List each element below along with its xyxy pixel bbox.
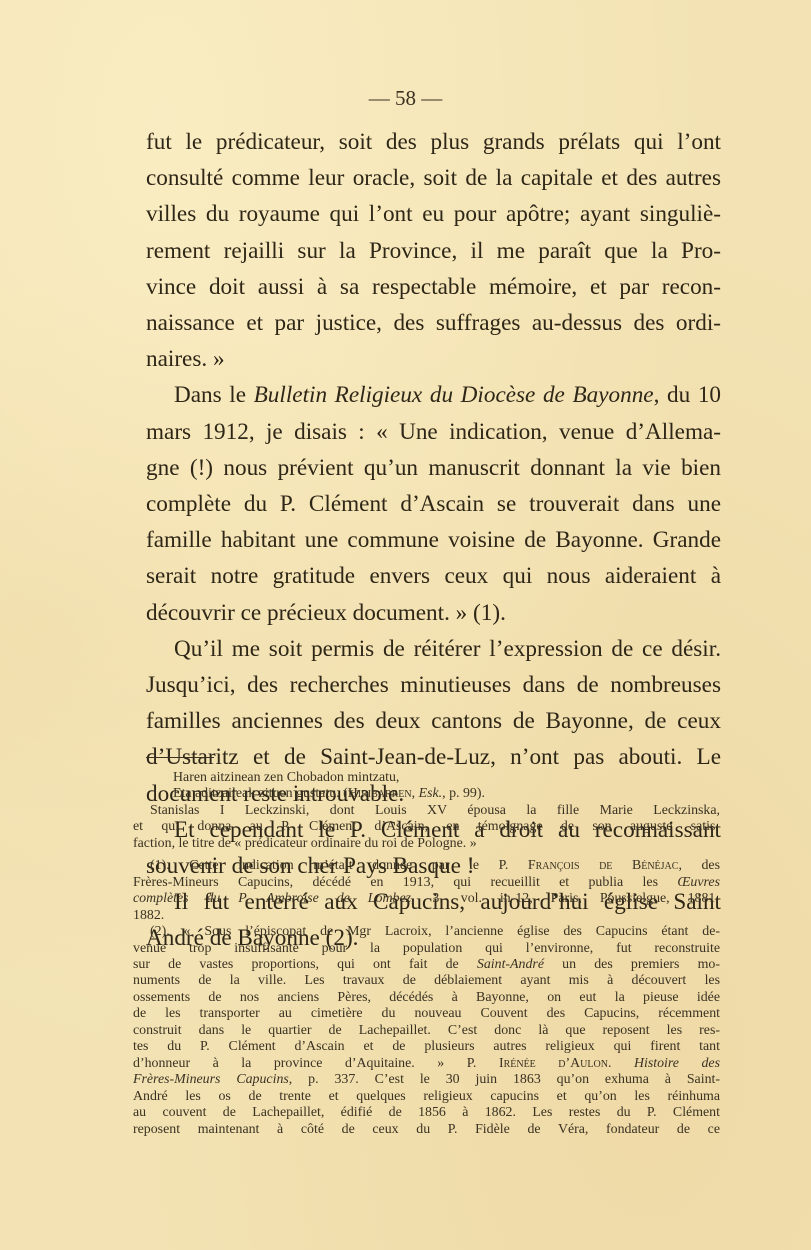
text-line: complète du P. Clément d’Ascain se trouv…	[146, 486, 721, 522]
text-line: mars 1912, je disais : « Une indication,…	[146, 414, 721, 450]
text-line: familles anciennes des deux cantons de B…	[146, 703, 721, 739]
text-run: , p. 337. C’est le 30 juin 1863 qu’on ex…	[289, 1072, 720, 1087]
footnote-2-line: venue trop insuffisante pour la populati…	[133, 941, 720, 957]
text-line: Qu’il me soit permis de réitérer l’expre…	[146, 631, 721, 667]
footnote-2-line: Frères-Mineurs Capucins, p. 337. C’est l…	[133, 1072, 720, 1088]
footnote-2-line: construit dans le quartier de Lachepaill…	[133, 1023, 720, 1039]
text-line: naissance et par justice, des suffrages …	[146, 305, 721, 341]
footnote-line: et qui donna au P. Clément d’Ascain, en …	[133, 819, 720, 835]
footnote-2-line: de les transporter au cimetière du nouve…	[133, 1006, 720, 1022]
footnote-2-line: André les os de trente et quelques relig…	[133, 1089, 720, 1105]
text-run: , 3. vol. in-12, Paris, Poussielgue, 188…	[411, 891, 720, 906]
footnote-line: Stanislas I Leckzinski, dont Louis XV ép…	[133, 803, 720, 819]
text-line: vince doit aussi à sa respectable mémoir…	[146, 269, 721, 305]
footnote-1-line: (1). Cette indication m’était donnée par…	[133, 858, 720, 874]
text-line: serait notre gratitude envers ceux qui n…	[146, 558, 721, 594]
text-run: Frères-Mineurs Capucins, décédé en 1913,…	[133, 875, 677, 890]
bulletin-title: Bulletin Religieux du Diocèse de Bayonne	[254, 382, 654, 408]
text-run: , p. 99).	[442, 786, 485, 801]
text-line: consulté comme leur oracle, soit de la c…	[146, 160, 721, 196]
text-run: ,	[412, 786, 419, 801]
footnotes: Haren aitzinean zen Chobadon mintzatu, E…	[133, 770, 720, 1138]
source-title: Esk.	[419, 786, 443, 801]
footnote-2-line: au couvent de Lachepaillet, édifié de 18…	[133, 1105, 720, 1121]
text-line: découvrir ce précieux document. » (1).	[146, 595, 721, 631]
book-title: Histoire des	[634, 1056, 720, 1071]
footnote-1-line: complètes du P. Ambroise de Lombez, 3. v…	[133, 891, 720, 907]
text-line: rement rejailli sur la Province, il me p…	[146, 233, 721, 269]
text-line: Jusqu’ici, des recherches minutieuses da…	[146, 667, 721, 703]
text-run: un des premiers mo-	[544, 957, 720, 972]
text-line: naires. »	[146, 341, 721, 377]
page-number: — 58 —	[0, 86, 811, 111]
footnote-2-line: ossements de nos anciens Pères, décédés …	[133, 990, 720, 1006]
text-line: famille habitant une commune voisine de …	[146, 522, 721, 558]
footnote-1-line: 1882.	[133, 908, 720, 924]
text-line: Dans le Bulletin Religieux du Diocèse de…	[146, 377, 721, 413]
text-run: (1). Cette indication m’était donnée par…	[150, 858, 528, 873]
paragraph-continuation: fut le prédicateur, soit des plus grands…	[146, 124, 721, 377]
footnote-2-line: numents de la ville. Les travaux de débl…	[133, 973, 720, 989]
text-line: gne (!) nous prévient qu’un manuscrit do…	[146, 450, 721, 486]
footnote-line: faction, le titre de « prédicateur ordin…	[133, 836, 720, 852]
footnote-2-line: d’honneur à la province d’Aquitaine. » P…	[133, 1056, 720, 1072]
church-name: Saint-André	[477, 957, 544, 972]
text-run: .	[608, 1056, 634, 1071]
text-run: , du 10	[654, 382, 721, 408]
text-run: Eta aditzaileak zituen gustatu. (	[173, 786, 348, 801]
book-title: Frères-Mineurs Capucins	[133, 1072, 289, 1087]
text-run: d’honneur à la province d’Aquitaine. » P…	[133, 1056, 499, 1071]
text-run: , des	[678, 858, 720, 873]
footnote-2-line: reposent maintenant à côté de ceux du P.…	[133, 1122, 720, 1138]
footnote-2-line: (2). « Sous l’épiscopat de Mgr Lacroix, …	[133, 924, 720, 940]
footnote-separator	[146, 757, 214, 758]
footnote-1-line: Frères-Mineurs Capucins, décédé en 1913,…	[133, 875, 720, 891]
author-name: Hiribarren	[348, 786, 412, 801]
paragraph-bulletin: Dans le Bulletin Religieux du Diocèse de…	[146, 377, 721, 630]
text-run: Dans le	[174, 382, 254, 408]
text-line: villes du royaume qui l’ont eu pour apôt…	[146, 196, 721, 232]
footnote-2-line: sur de vastes proportions, qui ont fait …	[133, 957, 720, 973]
footnote-verse-line: Eta aditzaileak zituen gustatu. (Hiribar…	[133, 786, 720, 802]
author-name: François de Bénéjac	[528, 858, 679, 873]
footnote-2-line: tes du P. Clément d’Ascain et de plusieu…	[133, 1039, 720, 1055]
author-name: Irénée d’Aulon	[499, 1056, 608, 1071]
text-run: sur de vastes proportions, qui ont fait …	[133, 957, 477, 972]
book-title: complètes du P. Ambroise de Lombez	[133, 891, 411, 906]
book-title: Œuvres	[677, 875, 720, 890]
footnote-verse-line: Haren aitzinean zen Chobadon mintzatu,	[133, 770, 720, 786]
text-line: fut le prédicateur, soit des plus grands…	[146, 124, 721, 160]
